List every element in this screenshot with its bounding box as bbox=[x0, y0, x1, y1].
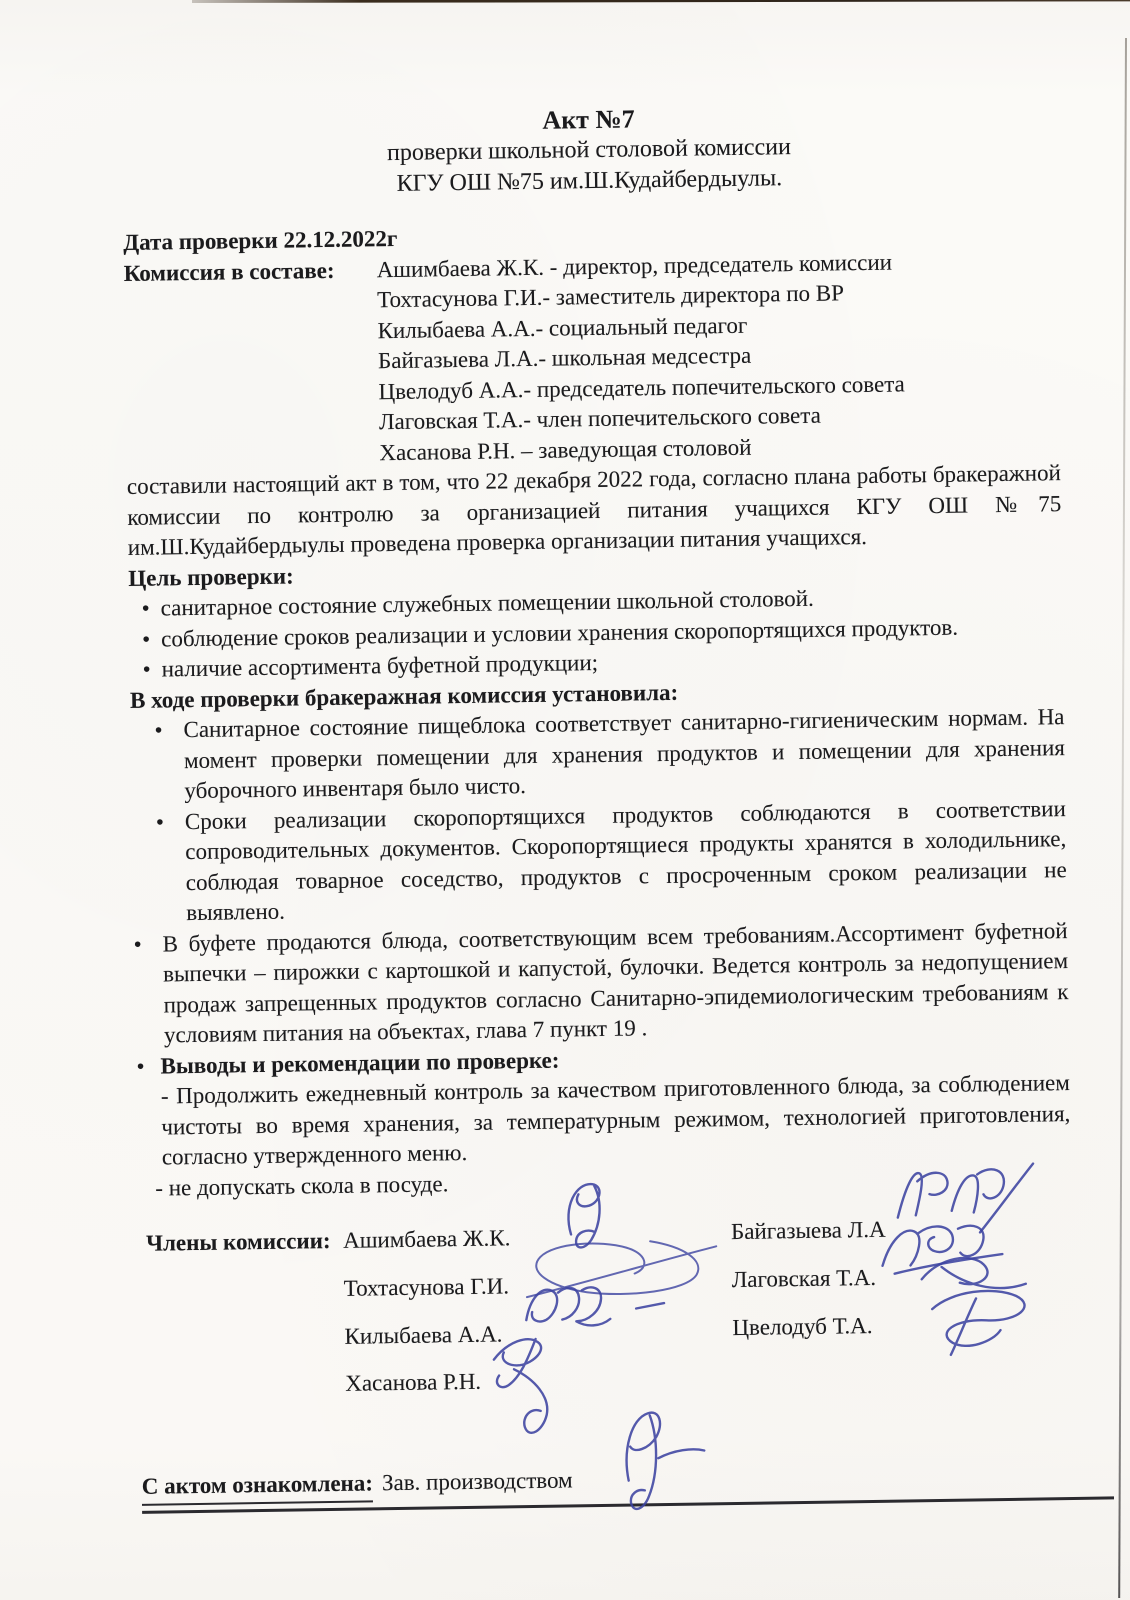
bullet-icon: • bbox=[141, 593, 160, 624]
bullet-icon: • bbox=[135, 1051, 160, 1082]
signature-name: Ашимбаева Ж.К. bbox=[343, 1223, 511, 1256]
signature-zav-proizvodstvom bbox=[596, 1401, 713, 1528]
commission-label: Комиссия в составе: bbox=[124, 255, 380, 472]
signature-tsvelodub bbox=[883, 1245, 1045, 1362]
scan-edge-right-artifact bbox=[1118, 38, 1127, 1598]
finding-item: • Санитарное состояние пищеблока соответ… bbox=[130, 702, 1065, 807]
document-content: Акт №7 проверки школьной столовой комисс… bbox=[120, 0, 1076, 1513]
signature-name: Цвелодуб Т.А. bbox=[732, 1311, 873, 1344]
bullet-icon: • bbox=[156, 807, 187, 929]
acknowledgement-role: Зав. производством bbox=[382, 1465, 573, 1498]
finding-item: • Сроки реализации скоропортящихся проду… bbox=[132, 794, 1068, 930]
signature-name: Тохтасунова Г.И. bbox=[344, 1271, 510, 1304]
finding-item-text: В буфете продаются блюда, соответствующи… bbox=[162, 916, 1069, 1051]
signature-name: Лаговская Т.А. bbox=[732, 1263, 877, 1296]
conclusion-item: - Продолжить ежедневный контроль за каче… bbox=[136, 1068, 1071, 1173]
bullet-icon: • bbox=[142, 624, 161, 655]
signature-khasanova bbox=[479, 1322, 606, 1459]
finding-item-text: Санитарное состояние пищеблока соответст… bbox=[183, 702, 1065, 807]
commission-list: Ашимбаева Ж.К. - директор, председатель … bbox=[376, 245, 1060, 469]
title-block: Акт №7 проверки школьной столовой комисс… bbox=[121, 97, 1056, 204]
signatures-label: Члены комиссии: bbox=[146, 1226, 331, 1259]
bullet-icon: • bbox=[133, 929, 164, 1051]
scanned-document-page: Акт №7 проверки школьной столовой комисс… bbox=[0, 0, 1130, 1600]
bullet-icon: • bbox=[142, 654, 161, 685]
finding-item: • В буфете продаются блюда, соответствую… bbox=[133, 916, 1069, 1052]
acknowledgement-label: С актом ознакомлена: bbox=[142, 1468, 374, 1505]
acknowledgement-row: С актом ознакомлена: Зав. производством bbox=[142, 1457, 1115, 1513]
bullet-icon: • bbox=[154, 715, 184, 807]
commission-block: Комиссия в составе: Ашимбаева Ж.К. - дир… bbox=[124, 245, 1061, 472]
signature-name: Байгазыева Л.А bbox=[731, 1215, 886, 1248]
finding-item-text: Сроки реализации скоропортящихся продукт… bbox=[185, 794, 1068, 929]
signature-name: Хасанова Р.Н. bbox=[345, 1367, 481, 1400]
intro-paragraph: составили настоящий акт в том, что 22 де… bbox=[127, 458, 1062, 563]
